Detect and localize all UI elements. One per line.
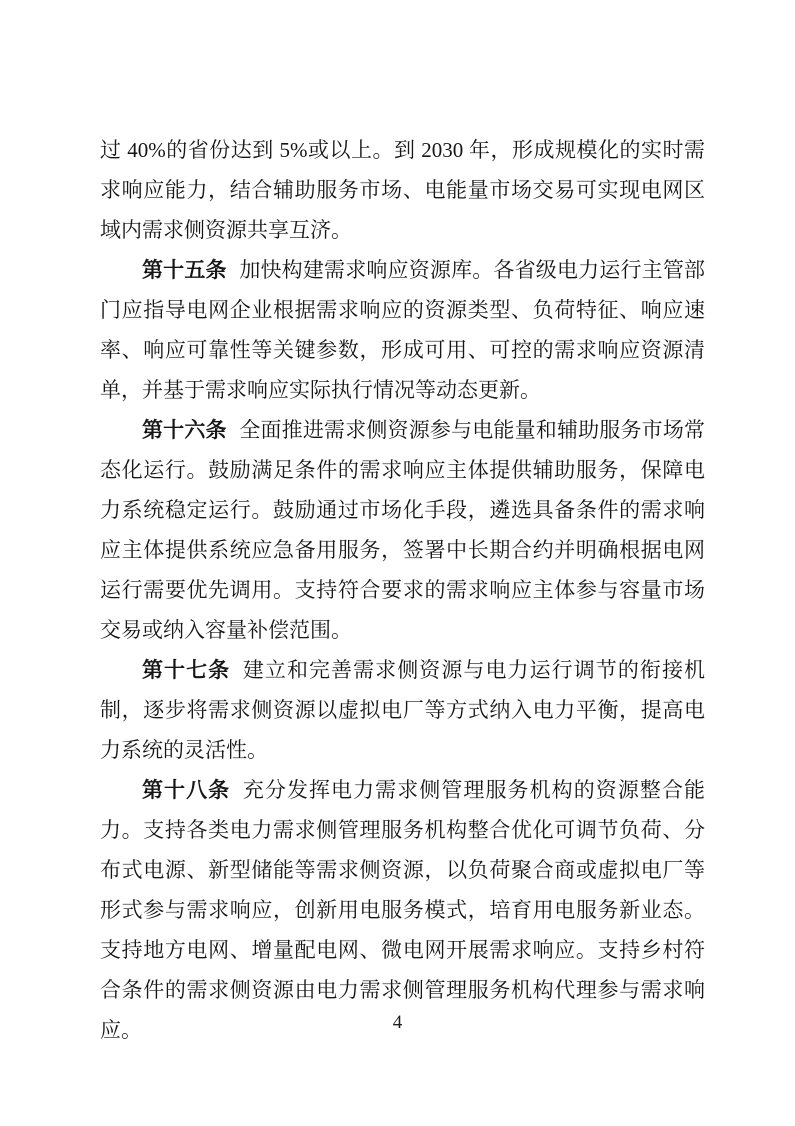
paragraph-continuation: 过 40%的省份达到 5%或以上。到 2030 年，形成规模化的实时需求响应能力… — [100, 130, 705, 250]
paragraph-article-17: 第十七条建立和完善需求侧资源与电力运行调节的衔接机制，逐步将需求侧资源以虚拟电厂… — [100, 650, 705, 770]
page-number: 4 — [0, 1010, 795, 1036]
paragraph-article-15: 第十五条加快构建需求响应资源库。各省级电力运行主管部门应指导电网企业根据需求响应… — [100, 250, 705, 410]
document-page: 过 40%的省份达到 5%或以上。到 2030 年，形成规模化的实时需求响应能力… — [0, 0, 795, 1126]
paragraph-text: 充分发挥电力需求侧管理服务机构的资源整合能力。支持各类电力需求侧管理服务机构整合… — [100, 778, 705, 1042]
article-number-label: 第十八条 — [142, 778, 230, 802]
article-number-label: 第十五条 — [142, 258, 227, 282]
article-number-label: 第十六条 — [142, 418, 227, 442]
paragraph-text: 过 40%的省份达到 5%或以上。到 2030 年，形成规模化的实时需求响应能力… — [100, 138, 705, 242]
paragraph-article-16: 第十六条全面推进需求侧资源参与电能量和辅助服务市场常态化运行。鼓励满足条件的需求… — [100, 410, 705, 650]
paragraph-article-18: 第十八条充分发挥电力需求侧管理服务机构的资源整合能力。支持各类电力需求侧管理服务… — [100, 770, 705, 1050]
article-number-label: 第十七条 — [142, 658, 230, 682]
paragraph-text: 全面推进需求侧资源参与电能量和辅助服务市场常态化运行。鼓励满足条件的需求响应主体… — [100, 418, 705, 642]
